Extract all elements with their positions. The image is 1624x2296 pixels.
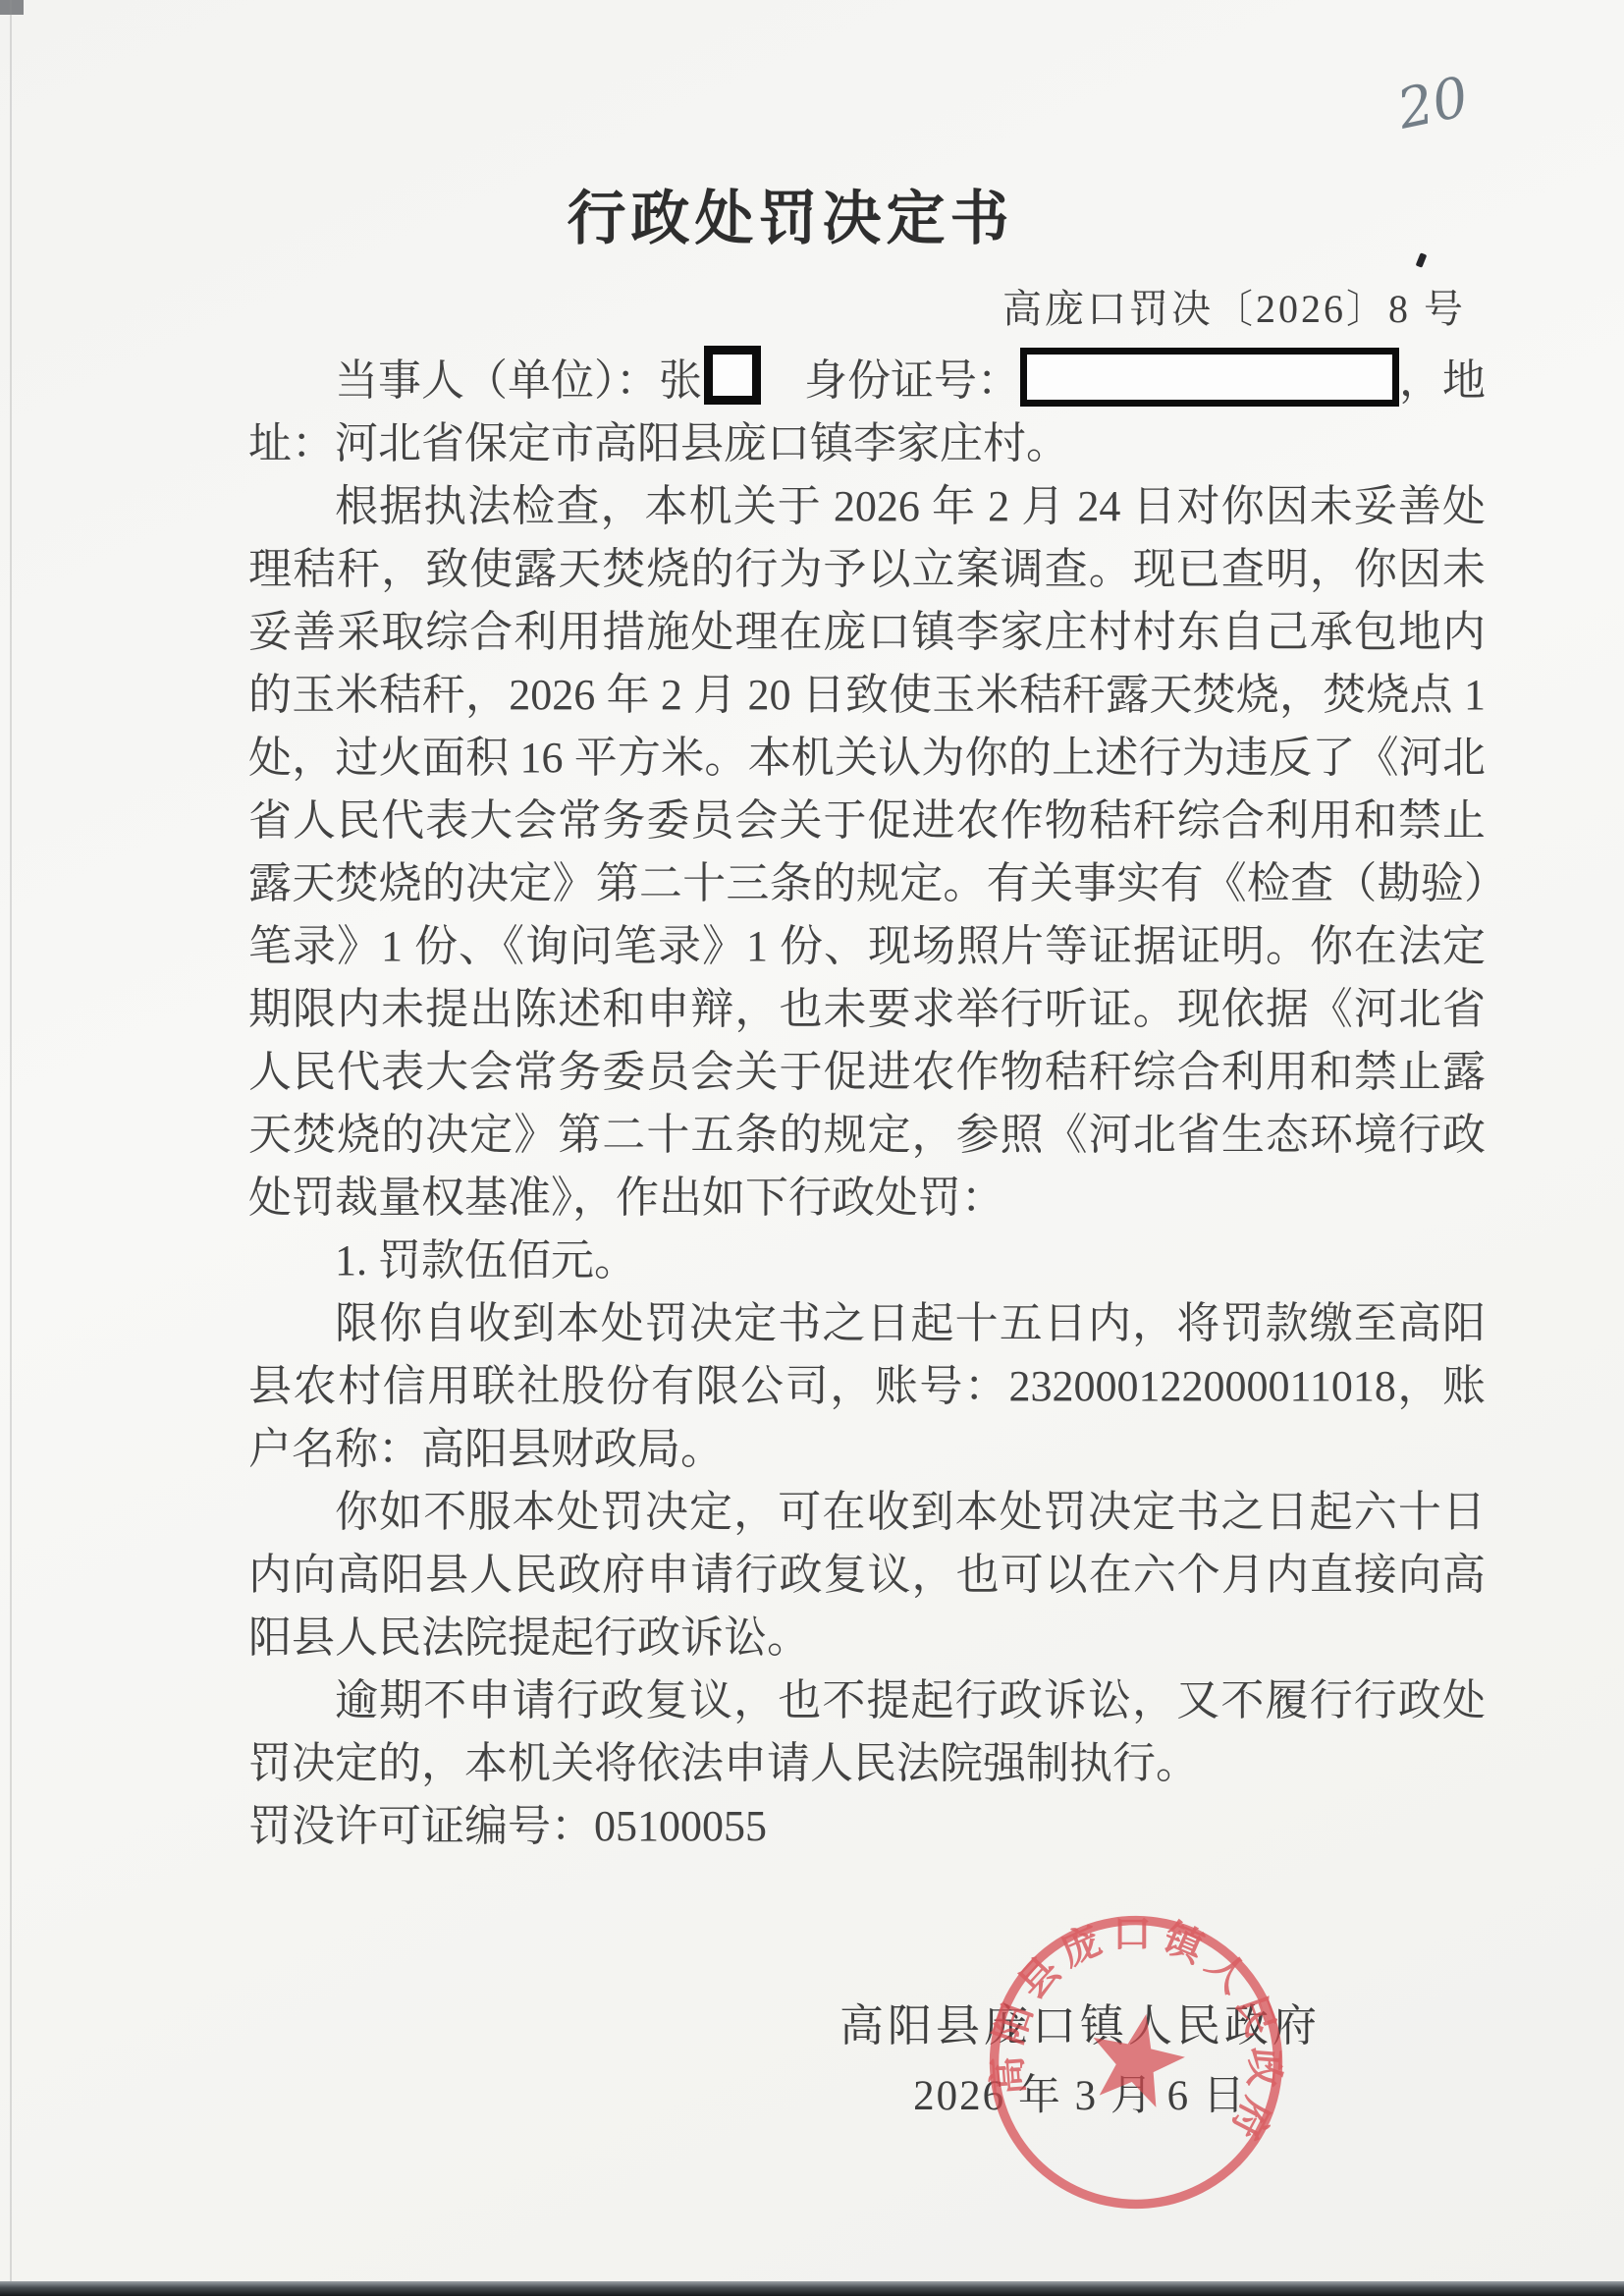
id-redaction-box: [1020, 348, 1399, 407]
scanner-bottom-strip: [0, 2281, 1624, 2296]
page-title: 行政处罚决定书: [248, 187, 1332, 251]
document-number: 高庞口罚决〔2026〕8 号: [248, 287, 1466, 332]
body-paragraph-enforcement: 逾期不申请行政复议，也不提起行政诉讼，又不履行行政处罚决定的，本机关将依法申请人…: [248, 1669, 1486, 1795]
body-paragraph-findings: 根据执法检查，本机关于 2026 年 2 月 24 日对你因未妥善处理秸秆，致使…: [248, 475, 1486, 1230]
id-number-label: 身份证号：: [761, 356, 1020, 405]
party-separator: ，: [1399, 356, 1442, 405]
scanner-corner-artifact: [0, 0, 24, 15]
party-prefix: 当事人（单位）：张: [335, 356, 702, 405]
scanner-edge-line: [10, 0, 12, 2296]
official-seal: 高阳县庞口镇人民政府: [982, 1908, 1290, 2216]
handwritten-page-number: 20: [1393, 68, 1474, 140]
body-paragraph-appeal-rights: 你如不服本处罚决定，可在收到本处罚决定书之日起六十日内向高阳县人民政府申请行政复…: [248, 1481, 1486, 1669]
document-body: 当事人（单位）：张 身份证号：，地址：河北省保定市高阳县庞口镇李家庄村。 根据执…: [248, 346, 1486, 1858]
name-redaction-box: [704, 346, 761, 405]
party-paragraph: 当事人（单位）：张 身份证号：，地址：河北省保定市高阳县庞口镇李家庄村。: [248, 346, 1486, 475]
scanned-document-page: 20 行政处罚决定书 高庞口罚决〔2026〕8 号 当事人（单位）：张 身份证号…: [0, 0, 1624, 2296]
body-paragraph-payment: 限你自收到本处罚决定书之日起十五日内，将罚款缴至高阳县农村信用联社股份有限公司，…: [248, 1292, 1486, 1481]
ink-speck: [1416, 252, 1428, 268]
penalty-license-number-line: 罚没许可证编号：05100055: [248, 1795, 1486, 1858]
seal-star: [1082, 2004, 1192, 2111]
body-paragraph-penalty-item: 1. 罚款伍佰元。: [248, 1230, 1486, 1292]
